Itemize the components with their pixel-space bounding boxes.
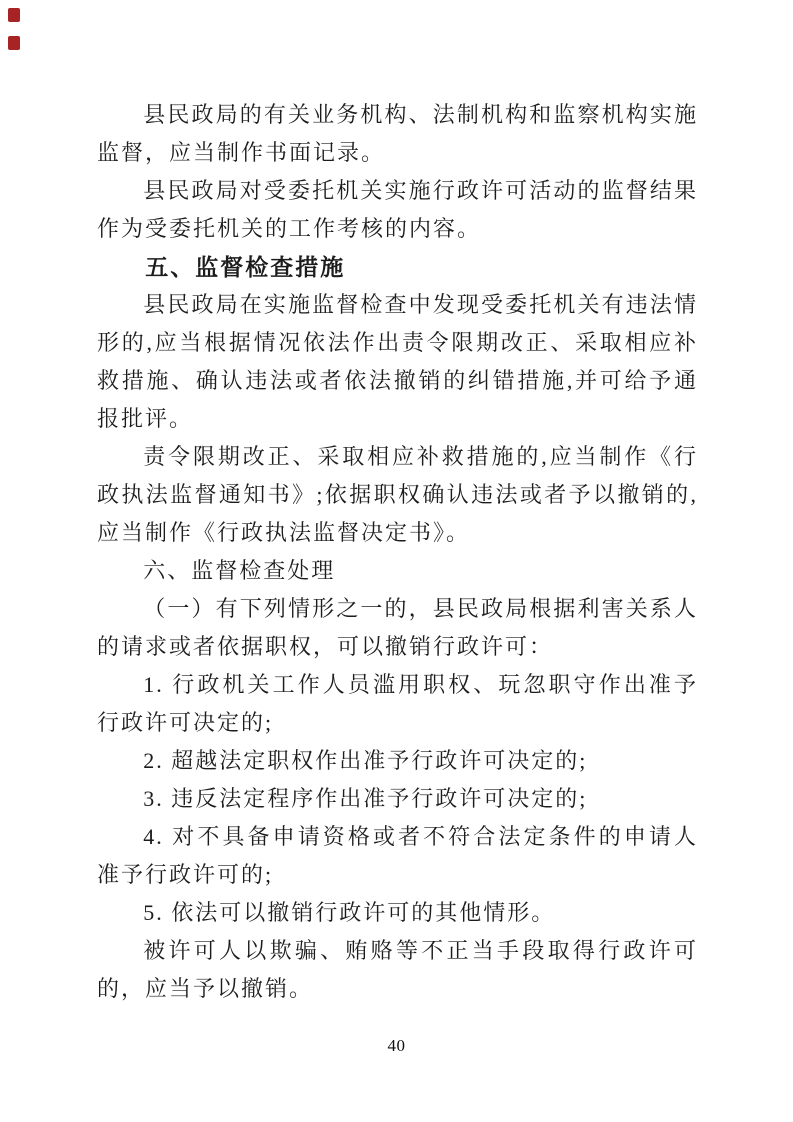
- paragraph-supervision-documents: 责令限期改正、采取相应补救措施的,应当制作《行政执法监督通知书》;依据职权确认违…: [97, 438, 698, 552]
- paragraph-work-assessment: 县民政局对受委托机关实施行政许可活动的监督结果作为受委托机关的工作考核的内容。: [97, 172, 698, 248]
- document-body: 县民政局的有关业务机构、法制机构和监察机构实施监督，应当制作书面记录。 县民政局…: [97, 96, 698, 1008]
- paragraph-supervision-bodies: 县民政局的有关业务机构、法制机构和监察机构实施监督，应当制作书面记录。: [97, 96, 698, 172]
- heading-section-5: 五、监督检查措施: [97, 248, 698, 286]
- list-item-5: 5. 依法可以撤销行政许可的其他情形。: [97, 894, 698, 932]
- page-number: 40: [0, 1036, 793, 1056]
- list-item-3: 3. 违反法定程序作出准予行政许可决定的;: [97, 780, 698, 818]
- list-item-4: 4. 对不具备申请资格或者不符合法定条件的申请人准予行政许可的;: [97, 818, 698, 894]
- red-stamp-mark-bottom: [8, 36, 20, 50]
- paragraph-revocation-intro: （一）有下列情形之一的，县民政局根据利害关系人的请求或者依据职权，可以撤销行政许…: [97, 590, 698, 666]
- paragraph-violation-measures: 县民政局在实施监督检查中发现受委托机关有违法情形的,应当根据情况依法作出责令限期…: [97, 286, 698, 438]
- document-page: 县民政局的有关业务机构、法制机构和监察机构实施监督，应当制作书面记录。 县民政局…: [0, 0, 793, 1122]
- list-item-2: 2. 超越法定职权作出准予行政许可决定的;: [97, 742, 698, 780]
- heading-section-6: 六、监督检查处理: [97, 552, 698, 590]
- red-stamp-mark-top: [8, 8, 20, 22]
- paragraph-fraud-revocation: 被许可人以欺骗、贿赂等不正当手段取得行政许可的，应当予以撤销。: [97, 932, 698, 1008]
- list-item-1: 1. 行政机关工作人员滥用职权、玩忽职守作出准予行政许可决定的;: [97, 666, 698, 742]
